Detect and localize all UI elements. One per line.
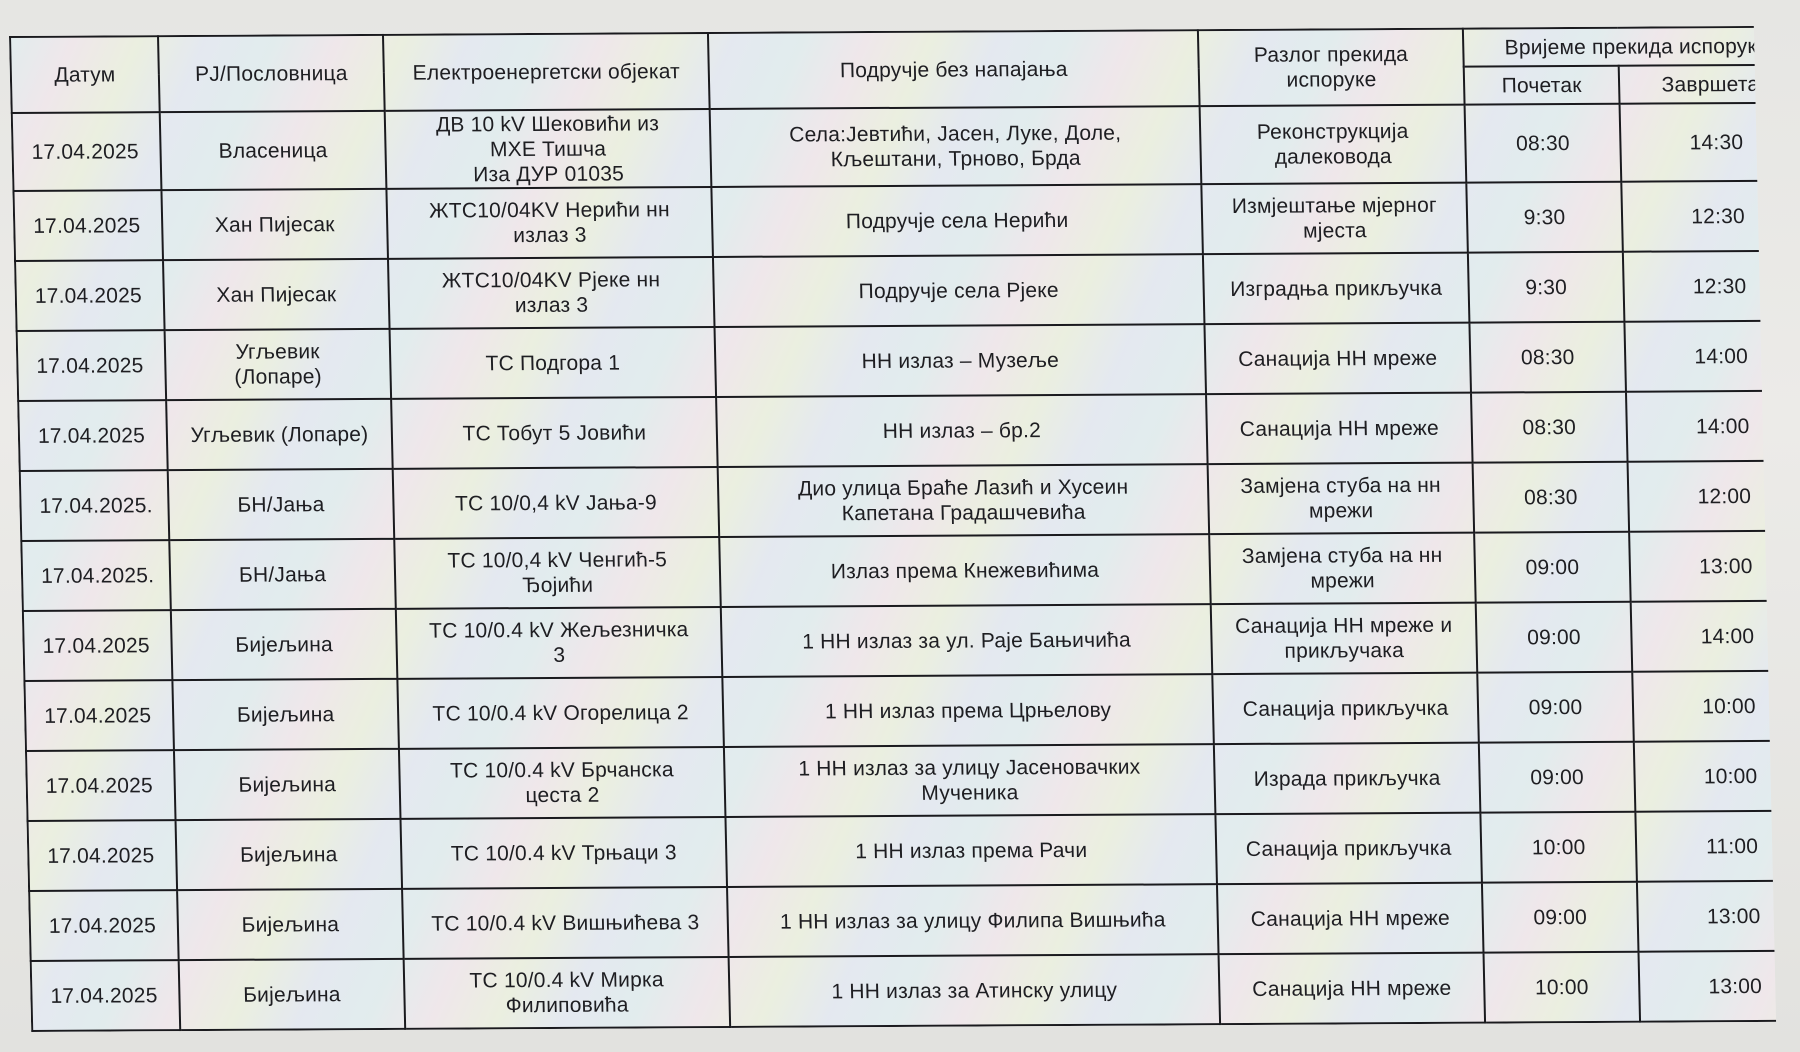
header-start: Почетак bbox=[1464, 66, 1620, 105]
cell-reason: Санација НН мреже bbox=[1206, 393, 1473, 465]
cell-end: 12:00 bbox=[1628, 461, 1777, 532]
cell-date: 17.04.2025 bbox=[12, 112, 162, 191]
cell-object: ТС 10/0.4 kV Мирка Филиповића bbox=[404, 957, 731, 1029]
table-row: 17.04.2025 Бијељина ТС 10/0.4 kV Жељезни… bbox=[23, 601, 1776, 681]
cell-reason: Санација НН мреже bbox=[1204, 323, 1471, 395]
cell-start: 9:30 bbox=[1468, 252, 1625, 323]
cell-end: 13:00 bbox=[1637, 881, 1776, 952]
cell-area: 1 НН излаз према Рачи bbox=[725, 814, 1217, 887]
cell-pj: Угљевик (Лопаре) bbox=[165, 329, 392, 400]
cell-pj: Бијељина bbox=[179, 959, 406, 1030]
cell-pj: БН/Јања bbox=[169, 539, 396, 610]
table-row: 17.04.2025 Бијељина ТС 10/0.4 kV Трњаци … bbox=[28, 811, 1777, 891]
table-row: 17.04.2025 Хан Пијесак ЖТС10/04KV Рјеке … bbox=[15, 251, 1776, 331]
cell-area: Подручје села Нерићи bbox=[711, 184, 1203, 257]
table-row: 17.04.2025. БН/Јања ТС 10/0,4 kV Јања-9 … bbox=[20, 461, 1776, 541]
cell-start: 09:00 bbox=[1482, 882, 1639, 953]
cell-reason: Реконструкција далековода bbox=[1200, 105, 1467, 185]
cell-pj: Бијељина bbox=[177, 889, 404, 960]
cell-end: 13:00 bbox=[1629, 531, 1776, 602]
cell-end: 11:00 bbox=[1635, 811, 1776, 882]
cell-area: 1 НН излаз према Црњелову bbox=[722, 674, 1214, 747]
cell-start: 09:00 bbox=[1474, 532, 1631, 603]
cell-reason: Изградња прикључка bbox=[1203, 253, 1470, 325]
table-row: 17.04.2025 Бијељина ТС 10/0.4 kV Огорели… bbox=[24, 671, 1776, 751]
table-row: 17.04.2025 Угљевик (Лопаре) ТС Тобут 5 Ј… bbox=[18, 391, 1776, 471]
cell-reason: Замјена стуба на нн мрежи bbox=[1209, 533, 1476, 605]
table-row: 17.04.2025 Власеница ДВ 10 kV Шековићи и… bbox=[12, 103, 1776, 191]
cell-end: 12:30 bbox=[1621, 181, 1776, 252]
cell-reason: Санација НН мреже и прикључака bbox=[1211, 603, 1478, 675]
cell-pj: Бијељина bbox=[176, 819, 403, 890]
cell-end: 14:00 bbox=[1626, 391, 1776, 462]
header-object: Електроенергетски објекат bbox=[383, 33, 710, 111]
cell-reason: Измјештање мјерног мјеста bbox=[1201, 183, 1468, 255]
cell-reason: Санација НН мреже bbox=[1217, 883, 1484, 955]
cell-object: ТС 10/0.4 kV Трњаци 3 bbox=[400, 817, 727, 889]
table-header: Датум РЈ/Пословница Електроенергетски об… bbox=[10, 27, 1776, 113]
cell-end: 12:30 bbox=[1623, 251, 1776, 322]
table-row: 17.04.2025. БН/Јања ТС 10/0,4 kV Ченгић-… bbox=[21, 531, 1776, 611]
cell-start: 08:30 bbox=[1471, 392, 1628, 463]
cell-reason: Санација прикључка bbox=[1212, 673, 1479, 745]
cell-start: 08:30 bbox=[1465, 104, 1622, 183]
cell-object: ЖТС10/04KV Рјеке нн излаз 3 bbox=[388, 257, 715, 329]
cell-date: 17.04.2025 bbox=[17, 330, 167, 401]
header-time-group: Вријеме прекида испоруке bbox=[1463, 27, 1776, 67]
cell-pj: Хан Пијесак bbox=[161, 189, 388, 260]
cell-start: 08:30 bbox=[1469, 322, 1626, 393]
cell-area: Излаз према Кнежевићима bbox=[719, 534, 1211, 607]
cell-end: 14:30 bbox=[1620, 103, 1777, 182]
cell-pj: Власеница bbox=[160, 111, 387, 190]
header-pj: РЈ/Пословница bbox=[158, 35, 385, 112]
cell-pj: БН/Јања bbox=[168, 469, 395, 540]
cell-end: 14:00 bbox=[1624, 321, 1776, 392]
screen-photo: Датум РЈ/Пословница Електроенергетски об… bbox=[0, 0, 1800, 1052]
power-outage-table: Датум РЈ/Пословница Електроенергетски об… bbox=[9, 26, 1776, 1032]
cell-object: ТС 10/0.4 kV Жељезничка 3 bbox=[396, 607, 723, 679]
cell-start: 09:00 bbox=[1479, 742, 1636, 813]
cell-area: НН излаз – Музеље bbox=[715, 324, 1207, 397]
cell-object: ТС 10/0.4 kV Брчанска цеста 2 bbox=[399, 747, 726, 819]
cell-end: 14:00 bbox=[1631, 601, 1776, 672]
cell-object: ТС 10/0.4 kV Огорелица 2 bbox=[397, 677, 724, 749]
cell-object: ТС 10/0.4 kV Вишњићева 3 bbox=[402, 887, 729, 959]
cell-area: НН излаз – бр.2 bbox=[716, 394, 1208, 467]
table-row: 17.04.2025 Хан Пијесак ЖТС10/04KV Нерићи… bbox=[13, 181, 1776, 261]
cell-end: 10:00 bbox=[1634, 741, 1776, 812]
cell-reason: Замјена стуба на нн мрежи bbox=[1208, 463, 1475, 535]
header-reason: Разлог прекида испоруке bbox=[1198, 29, 1465, 107]
header-end: Завршетак bbox=[1619, 65, 1776, 104]
cell-start: 10:00 bbox=[1480, 812, 1637, 883]
cell-start: 08:30 bbox=[1473, 462, 1630, 533]
cell-date: 17.04.2025 bbox=[26, 750, 176, 821]
cell-reason: Израда прикључка bbox=[1214, 743, 1481, 815]
cell-reason: Санација прикључка bbox=[1215, 813, 1482, 885]
cell-object: ЖТС10/04KV Нерићи нн излаз 3 bbox=[386, 187, 713, 259]
cell-object: ТС Подгора 1 bbox=[390, 327, 717, 399]
outage-schedule-sheet: Датум РЈ/Пословница Електроенергетски об… bbox=[9, 26, 1776, 1032]
cell-pj: Угљевик (Лопаре) bbox=[166, 399, 393, 470]
cell-start: 09:00 bbox=[1476, 602, 1633, 673]
cell-area: 1 НН излаз за улицу Филипа Вишњића bbox=[727, 884, 1219, 957]
table-row: 17.04.2025 Бијељина ТС 10/0.4 kV Брчанск… bbox=[26, 741, 1776, 821]
table-row: 17.04.2025 Угљевик (Лопаре) ТС Подгора 1… bbox=[17, 321, 1776, 401]
cell-start: 09:00 bbox=[1477, 672, 1634, 743]
cell-pj: Бијељина bbox=[174, 749, 401, 820]
cell-date: 17.04.2025 bbox=[13, 190, 163, 261]
cell-object: ТС 10/0,4 kV Ченгић-5 Ђојићи bbox=[394, 537, 721, 609]
cell-date: 17.04.2025 bbox=[28, 820, 178, 891]
cell-object: ТС 10/0,4 kV Јања-9 bbox=[393, 467, 720, 539]
cell-end: 13:00 bbox=[1638, 951, 1776, 1022]
table-row: 17.04.2025 Бијељина ТС 10/0.4 kV Вишњиће… bbox=[29, 881, 1776, 961]
header-area: Подручје без напајања bbox=[708, 30, 1200, 109]
cell-area: 1 НН излаз за Атинску улицу bbox=[729, 954, 1221, 1027]
cell-start: 10:00 bbox=[1484, 952, 1641, 1023]
cell-pj: Хан Пијесак bbox=[163, 259, 390, 330]
cell-pj: Бијељина bbox=[172, 679, 399, 750]
cell-area: 1 НН излаз за улицу Јасеновачких Мученик… bbox=[724, 744, 1216, 817]
cell-date: 17.04.2025 bbox=[24, 680, 174, 751]
cell-area: Дио улица Браће Лазић и Хусеин Капетана … bbox=[718, 464, 1210, 537]
cell-area: 1 НН излаз за ул. Раје Бањичића bbox=[721, 604, 1213, 677]
cell-end: 10:00 bbox=[1632, 671, 1776, 742]
table-body: 17.04.2025 Власеница ДВ 10 kV Шековићи и… bbox=[12, 103, 1776, 1031]
cell-pj: Бијељина bbox=[171, 609, 398, 680]
cell-date: 17.04.2025 bbox=[29, 890, 179, 961]
cell-area: Подручје села Рјеке bbox=[713, 254, 1205, 327]
cell-object: ТС Тобут 5 Јовићи bbox=[391, 397, 718, 469]
cell-area: Села:Јевтићи, Јасен, Луке, Доле, Кљештан… bbox=[710, 106, 1202, 187]
table-row: 17.04.2025 Бијељина ТС 10/0.4 kV Мирка Ф… bbox=[31, 951, 1776, 1031]
cell-start: 9:30 bbox=[1466, 182, 1623, 253]
header-date: Датум bbox=[10, 36, 160, 113]
cell-date: 17.04.2025 bbox=[23, 610, 173, 681]
cell-date: 17.04.2025 bbox=[18, 400, 168, 471]
cell-reason: Санација НН мреже bbox=[1219, 953, 1486, 1025]
cell-date: 17.04.2025. bbox=[21, 540, 171, 611]
cell-object: ДВ 10 kV Шековићи из МХЕ Тишча Иза ДУР 0… bbox=[385, 109, 712, 189]
cell-date: 17.04.2025. bbox=[20, 470, 170, 541]
cell-date: 17.04.2025 bbox=[31, 960, 181, 1031]
cell-date: 17.04.2025 bbox=[15, 260, 165, 331]
